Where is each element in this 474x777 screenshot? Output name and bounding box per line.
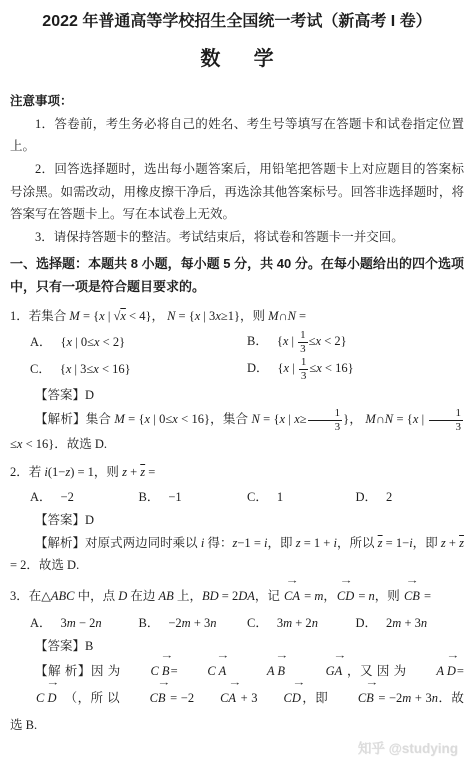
option-label: A． (30, 616, 52, 630)
question-2-options-row: A．−2 B．−1 C．1 D．2 (10, 486, 464, 508)
option-label: B． (139, 616, 160, 630)
question-2-option-b: B．−1 (139, 486, 248, 508)
question-2-answer: 【答案】D (10, 509, 464, 531)
option-label: B． (247, 334, 268, 348)
question-1-options-row-1: A．{x | 0≤x < 2} B．{x | 13≤x < 2} (10, 329, 464, 355)
watermark: 知乎 @studying (358, 737, 458, 761)
question-1-option-d: D．{x | 13≤x < 16} (247, 356, 464, 382)
option-label: D． (356, 616, 378, 630)
option-value: −2m + 3n (168, 616, 216, 630)
question-2-option-a: A．−2 (30, 486, 139, 508)
question-3-options-row: A．3m − 2n B．−2m + 3n C．3m + 2n D．2m + 3n (10, 612, 464, 634)
question-3-option-a: A．3m − 2n (30, 612, 139, 634)
question-3-option-c: C．3m + 2n (247, 612, 356, 634)
question-1-option-a: A．{x | 0≤x < 2} (30, 331, 247, 353)
question-3-analysis: 【解 析】因 为 C B= C A A B GA ，又 因 为 A D= C D… (10, 658, 464, 739)
option-value: 1 (277, 490, 283, 504)
option-value: {x | 13≤x < 16} (278, 361, 354, 375)
question-2-option-d: D．2 (356, 486, 465, 508)
option-value: −2 (61, 490, 74, 504)
option-value: {x | 3≤x < 16} (60, 362, 131, 376)
option-value: {x | 0≤x < 2} (61, 335, 126, 349)
question-1-option-c: C．{x | 3≤x < 16} (30, 358, 247, 380)
notice-heading: 注意事项： (10, 90, 464, 112)
notice-item-3: 3．请保持答题卡的整洁。考试结束后，将试卷和答题卡一并交回。 (10, 226, 464, 248)
option-value: 2m + 3n (386, 616, 427, 630)
question-2-option-c: C．1 (247, 486, 356, 508)
question-2-analysis: 【解析】对原式两边同时乘以 i 得：z−1 = i，即 z = 1 + i，所以… (10, 532, 464, 577)
question-3-option-b: B．−2m + 3n (139, 612, 248, 634)
question-1-options-row-2: C．{x | 3≤x < 16} D．{x | 13≤x < 16} (10, 356, 464, 382)
option-value: 2 (386, 490, 392, 504)
option-value: 3m + 2n (277, 616, 318, 630)
question-1: 1．若集合 M = {x | √x < 4}， N = {x | 3x≥1}，则… (10, 305, 464, 456)
option-label: B． (139, 490, 160, 504)
option-label: A． (30, 490, 52, 504)
question-1-option-b: B．{x | 13≤x < 2} (247, 329, 464, 355)
question-1-answer: 【答案】D (10, 384, 464, 406)
question-3-stem: 3．在△ABC 中，点 D 在边 AB 上，BD = 2DA，记 CA = m，… (10, 583, 464, 610)
question-2-stem: 2．若 i(1−z) = 1，则 z + z = (10, 461, 464, 483)
option-value: {x | 13≤x < 2} (277, 334, 347, 348)
question-3-option-d: D．2m + 3n (356, 612, 465, 634)
option-label: A． (30, 335, 52, 349)
option-label: C． (247, 616, 268, 630)
paper-title: 2022 年普通高等学校招生全国统一考试（新高考 I 卷） (10, 10, 464, 34)
option-label: D． (356, 490, 378, 504)
option-label: C． (247, 490, 268, 504)
notice-item-1: 1．答卷前，考生务必将自己的姓名、考生号等填写在答题卡和试卷指定位置上。 (10, 113, 464, 158)
option-label: C． (30, 362, 51, 376)
exam-paper-page: 2022 年普通高等学校招生全国统一考试（新高考 I 卷） 数 学 注意事项： … (0, 0, 474, 777)
option-label: D． (247, 361, 269, 375)
notice-section: 注意事项： 1．答卷前，考生务必将自己的姓名、考生号等填写在答题卡和试卷指定位置… (10, 90, 464, 249)
section-heading: 一、选择题：本题共 8 小题，每小题 5 分，共 40 分。在每小题给出的四个选… (10, 253, 464, 299)
question-1-analysis: 【解析】集合 M = {x | 0≤x < 16}，集合 N = {x | x≥… (10, 407, 464, 456)
question-1-stem: 1．若集合 M = {x | √x < 4}， N = {x | 3x≥1}，则… (10, 305, 464, 327)
question-2: 2．若 i(1−z) = 1，则 z + z = A．−2 B．−1 C．1 D… (10, 461, 464, 576)
paper-subject: 数 学 (10, 42, 464, 78)
notice-item-2: 2．回答选择题时，选出每小题答案后，用铅笔把答题卡上对应题目的答案标号涂黑。如需… (10, 158, 464, 225)
option-value: 3m − 2n (61, 616, 102, 630)
option-value: −1 (168, 490, 181, 504)
question-3: 3．在△ABC 中，点 D 在边 AB 上，BD = 2DA，记 CA = m，… (10, 583, 464, 739)
